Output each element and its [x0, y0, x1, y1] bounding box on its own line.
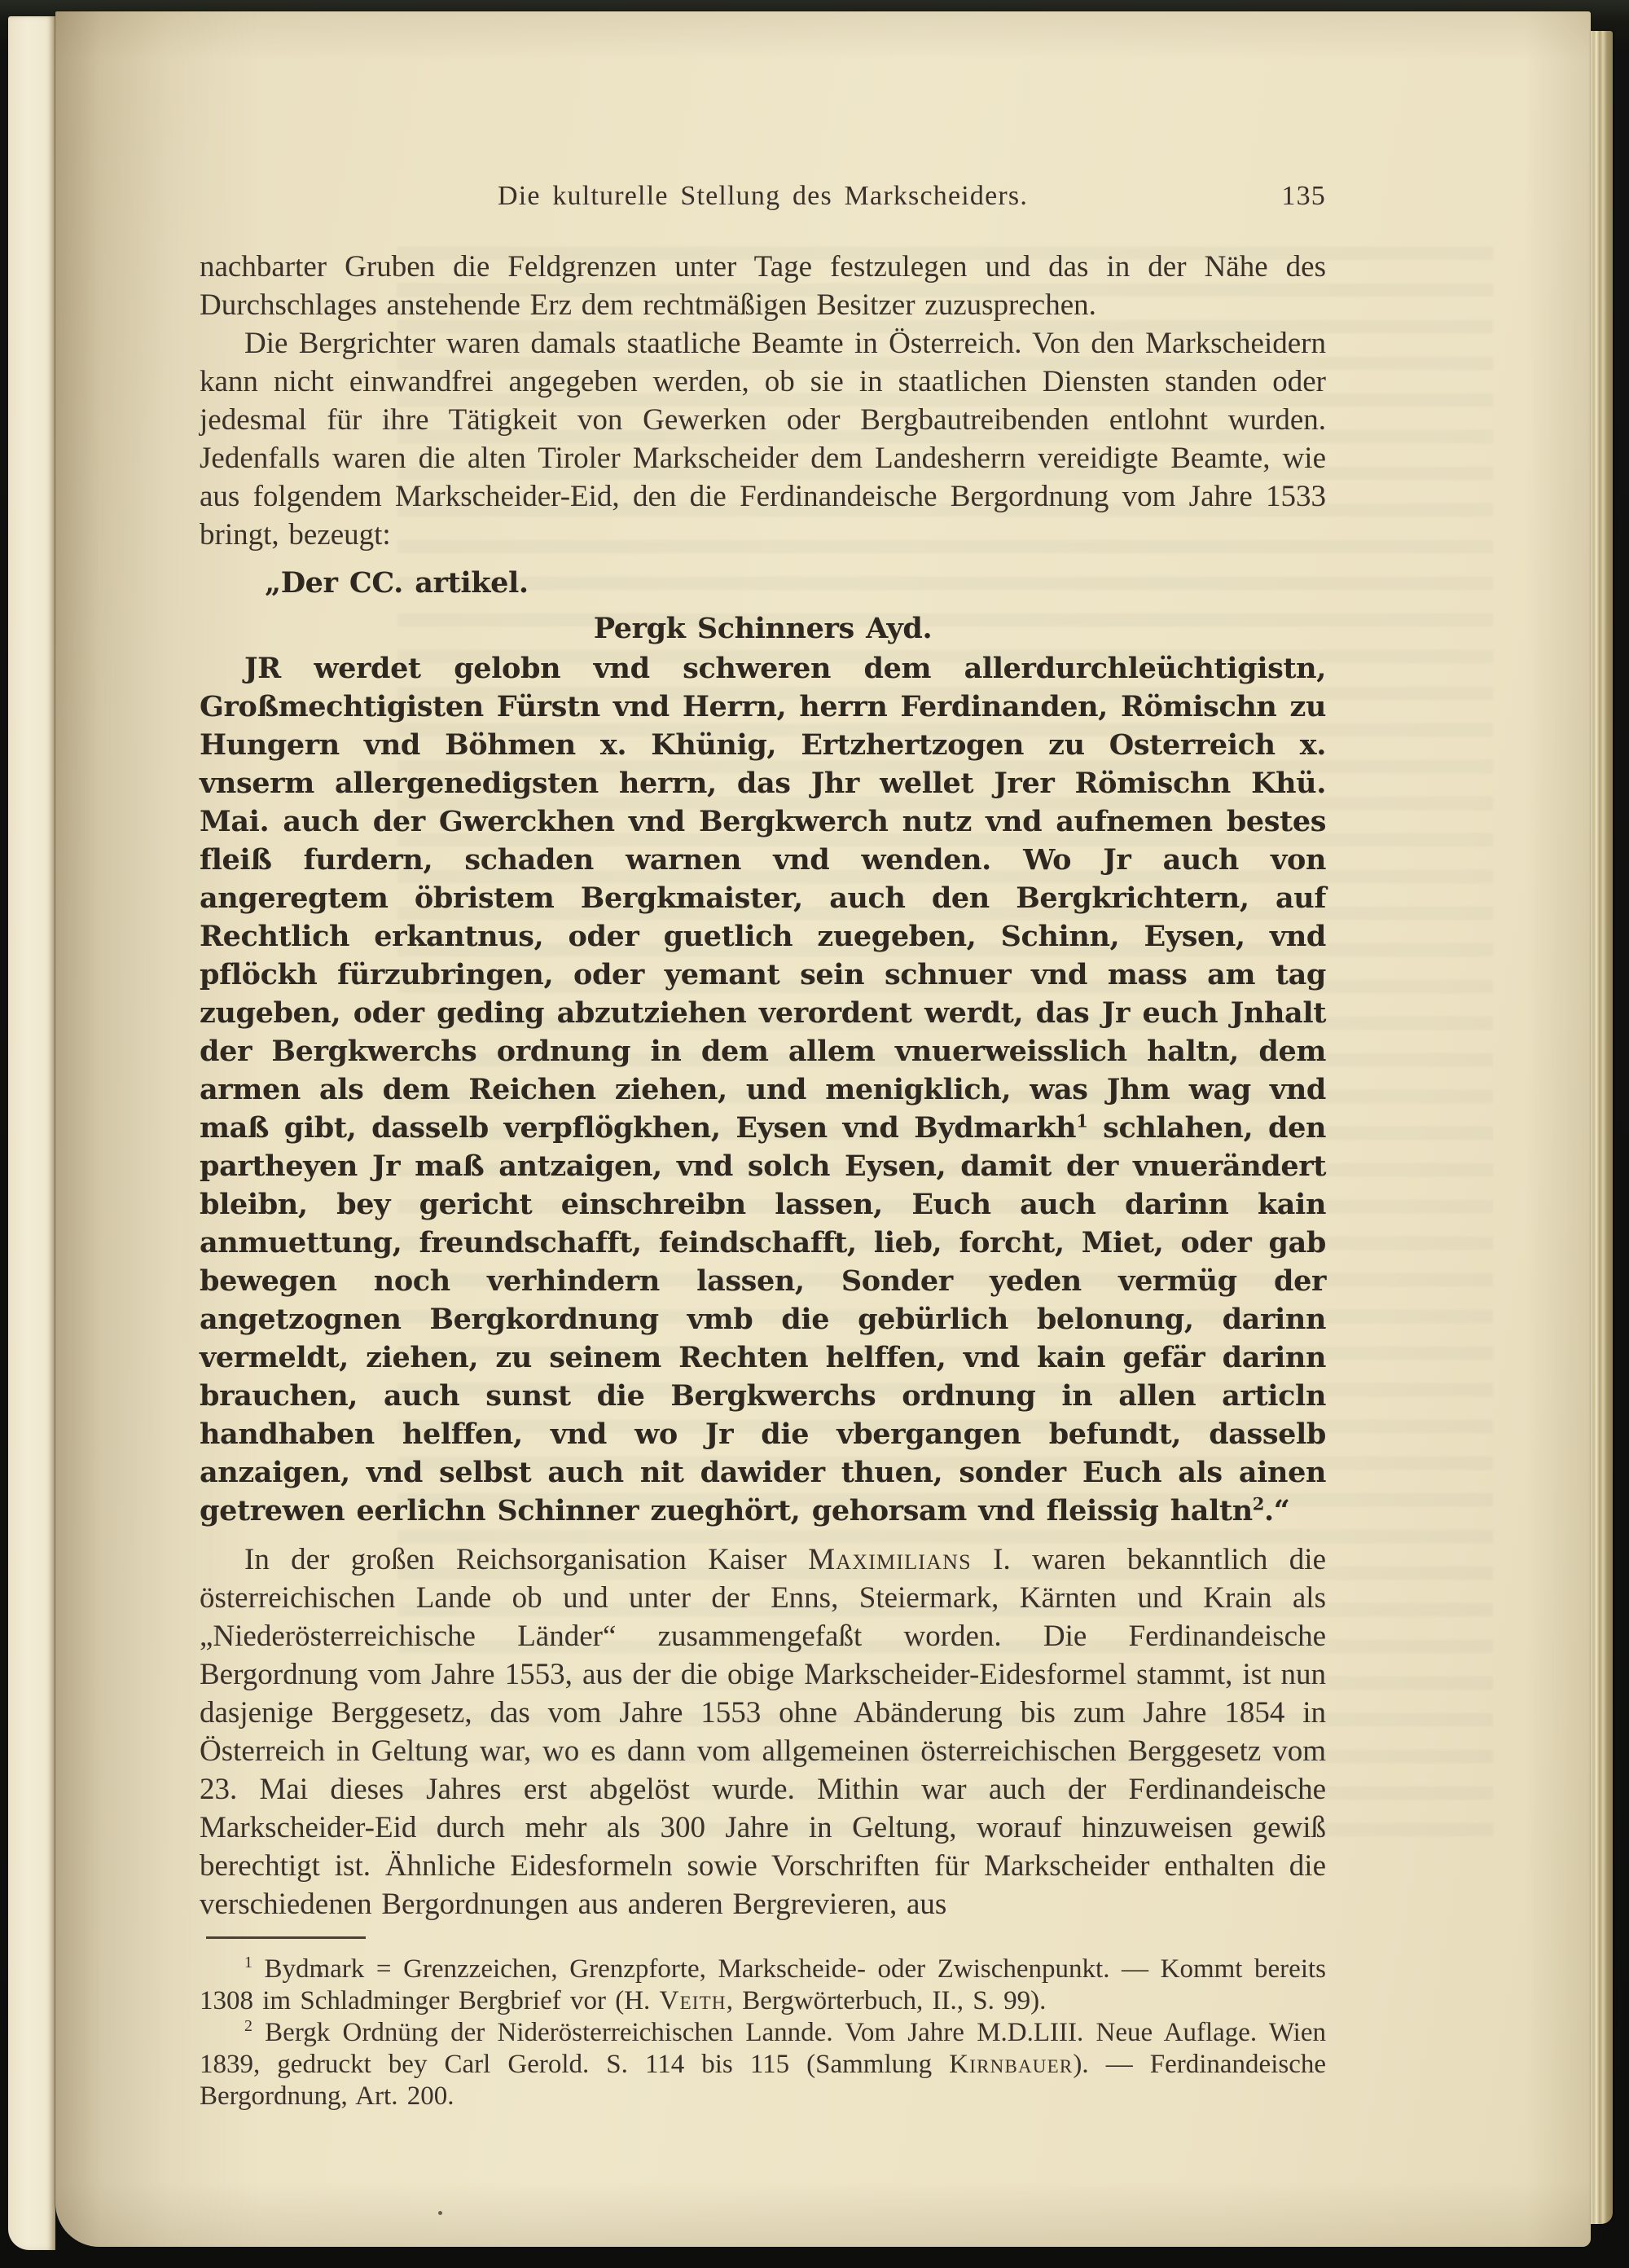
- under-page-edge: [8, 16, 55, 2250]
- paragraph-bergrichter: Die Bergrichter waren damals staatliche …: [200, 324, 1326, 554]
- paragraph-reichsorganisation: In der großen Reichsorganisation Kaiser …: [200, 1541, 1326, 1923]
- page-header: Die kulturelle Stellung des Markscheider…: [200, 181, 1326, 217]
- text-column: nachbarter Gruben die Feldgrenzen unter …: [200, 248, 1326, 2112]
- paper-speck: [318, 1971, 323, 1977]
- book-scan: Die kulturelle Stellung des Markscheider…: [0, 0, 1629, 2268]
- paper-speck: [438, 2211, 442, 2215]
- oath-heading: Pergk Schinners Ayd.: [200, 609, 1326, 648]
- footnote-2: 2 Bergk Ordnüng der Niderösterreichische…: [200, 2017, 1326, 2112]
- oath-text: JR werdet gelobn vnd schweren dem allerd…: [200, 649, 1326, 1530]
- footnote-1: 1 Bydmark = Grenzzeichen, Grenzpforte, M…: [200, 1954, 1326, 2017]
- paragraph-continuation: nachbarter Gruben die Feldgrenzen unter …: [200, 248, 1326, 324]
- footnote-separator: [206, 1936, 366, 1939]
- page-edge-stack: [1591, 31, 1613, 2224]
- page-number: 135: [1281, 181, 1326, 212]
- oath-intro-line: „Der CC. artikel.: [200, 564, 1326, 602]
- running-title: Die kulturelle Stellung des Markscheider…: [200, 181, 1326, 212]
- book-page: Die kulturelle Stellung des Markscheider…: [55, 11, 1591, 2247]
